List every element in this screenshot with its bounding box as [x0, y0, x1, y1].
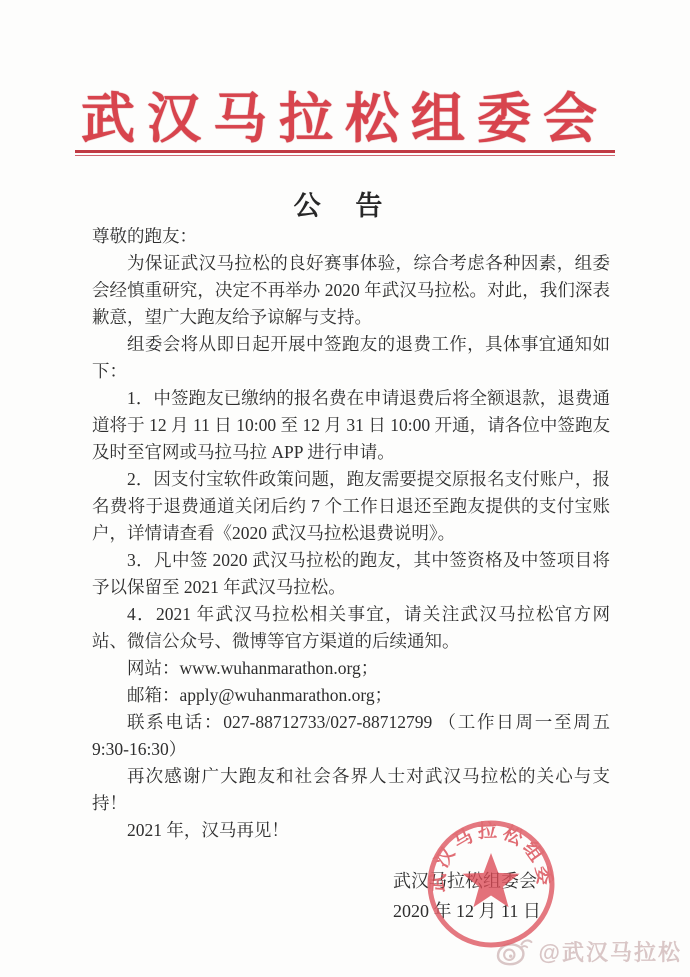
announcement-page: 武汉马拉松组委会 公 告 尊敬的跑友： 为保证武汉马拉松的良好赛事体验，综合考虑… — [0, 0, 690, 977]
weibo-icon — [495, 935, 533, 967]
closing-thanks: 再次感谢广大跑友和社会各界人士对武汉马拉松的关心与支持！ — [92, 763, 610, 817]
doc-body: 尊敬的跑友： 为保证武汉马拉松的良好赛事体验，综合考虑各种因素，组委会经慎重研究… — [92, 223, 610, 844]
contact-email: 邮箱：apply@wuhanmarathon.org； — [92, 682, 610, 709]
paragraph-item-1: 1．中签跑友已缴纳的报名费在申请退费后将全额退款，退费通道将于 12 月 11 … — [92, 385, 610, 466]
watermark: @武汉马拉松 — [495, 935, 682, 967]
paragraph-item-3: 3．凡中签 2020 武汉马拉松的跑友，其中签资格及中签项目将予以保留至 202… — [92, 547, 610, 601]
page-title: 武汉马拉松组委会 — [0, 76, 690, 153]
signature-block: 武汉马拉松组委会 2020 年 12 月 11 日 — [393, 866, 541, 926]
watermark-text: @武汉马拉松 — [539, 936, 682, 967]
contact-phone: 联系电话：027-88712733/027-88712799 （工作日周一至周五… — [92, 709, 610, 763]
signature-org: 武汉马拉松组委会 — [393, 866, 541, 896]
title-divider — [75, 150, 615, 156]
salutation: 尊敬的跑友： — [92, 223, 610, 250]
paragraph-item-2: 2．因支付宝软件政策问题，跑友需要提交原报名支付账户，报名费将于退费通道关闭后约… — [92, 466, 610, 547]
paragraph: 组委会将从即日起开展中签跑友的退费工作，具体事宜通知如下： — [92, 331, 610, 385]
doc-heading: 公 告 — [0, 184, 690, 223]
contact-website: 网站：www.wuhanmarathon.org； — [92, 655, 610, 682]
signature-date: 2020 年 12 月 11 日 — [393, 896, 541, 926]
paragraph-item-4: 4．2021 年武汉马拉松相关事宜，请关注武汉马拉松官方网站、微信公众号、微博等… — [92, 601, 610, 655]
closing-farewell: 2021 年，汉马再见！ — [92, 817, 610, 844]
paragraph: 为保证武汉马拉松的良好赛事体验，综合考虑各种因素，组委会经慎重研究，决定不再举办… — [92, 250, 610, 331]
